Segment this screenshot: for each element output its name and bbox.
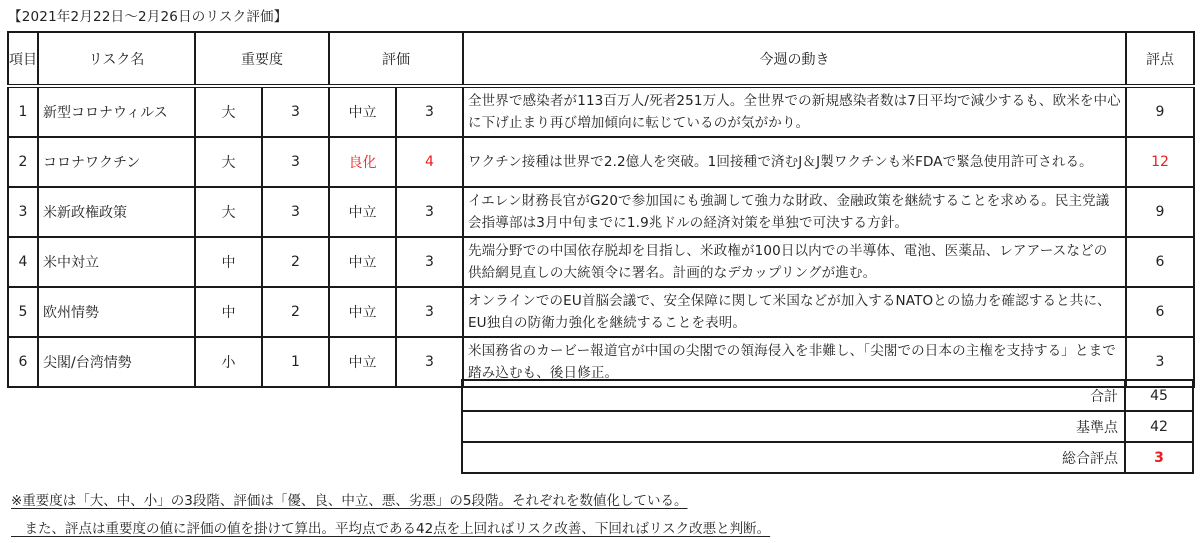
row-number: 6	[8, 337, 38, 387]
total-value: 45	[1125, 380, 1193, 411]
importance-value: 1	[262, 337, 329, 387]
importance-label: 小	[195, 337, 262, 387]
overall-label: 総合評点	[462, 442, 1125, 473]
table-row: 3 米新政権政策 大 3 中立 3 イエレン財務長官がG20で参加国にも強調して…	[8, 187, 1194, 237]
row-number: 1	[8, 86, 38, 137]
importance-label: 大	[195, 86, 262, 137]
importance-value: 3	[262, 187, 329, 237]
importance-value: 2	[262, 237, 329, 287]
footnote-1: ※重要度は「大、中、小」の3段階、評価は「優、良、中立、悪、劣悪」の5段階。それ…	[11, 489, 688, 509]
row-number: 2	[8, 137, 38, 187]
risk-name: 米新政権政策	[38, 187, 195, 237]
weekly-movement: 全世界で感染者が113百万人/死者251万人。全世界での新規感染者数は7日平均で…	[463, 86, 1126, 137]
weekly-movement: 先端分野での中国依存脱却を目指し、米政権が100日以内での半導体、電池、医薬品、…	[463, 237, 1126, 287]
risk-name: 新型コロナウィルス	[38, 86, 195, 137]
evaluation-value: 3	[396, 237, 463, 287]
evaluation-label: 中立	[329, 86, 396, 137]
importance-label: 中	[195, 287, 262, 337]
weekly-movement: ワクチン接種は世界で2.2億人を突破。1回接種で済むJ＆J製ワクチンも米FDAで…	[463, 137, 1126, 187]
summary-table: 合計 45 基準点 42 総合評点 3	[461, 379, 1194, 474]
summary-row-overall: 総合評点 3	[462, 442, 1193, 473]
row-number: 3	[8, 187, 38, 237]
row-number: 4	[8, 237, 38, 287]
risk-name: 欧州情勢	[38, 287, 195, 337]
table-row: 2 コロナワクチン 大 3 良化 4 ワクチン接種は世界で2.2億人を突破。1回…	[8, 137, 1194, 187]
table-row: 1 新型コロナウィルス 大 3 中立 3 全世界で感染者が113百万人/死者25…	[8, 86, 1194, 137]
row-score: 6	[1126, 237, 1194, 287]
row-score: 9	[1126, 187, 1194, 237]
baseline-label: 基準点	[462, 411, 1125, 442]
risk-table: 項目 リスク名 重要度 評価 今週の動き 評点 1 新型コロナウィルス 大 3 …	[7, 31, 1195, 388]
evaluation-value: 3	[396, 187, 463, 237]
page-title: 【2021年2月22日〜2月26日のリスク評価】	[8, 5, 287, 25]
importance-value: 3	[262, 86, 329, 137]
row-score: 9	[1126, 86, 1194, 137]
importance-label: 大	[195, 137, 262, 187]
importance-label: 中	[195, 237, 262, 287]
evaluation-label: 中立	[329, 287, 396, 337]
evaluation-label: 中立	[329, 187, 396, 237]
header-importance: 重要度	[195, 32, 329, 86]
summary-row-baseline: 基準点 42	[462, 411, 1193, 442]
weekly-movement: オンラインでのEU首脳会議で、安全保障に関して米国などが加入するNATOとの協力…	[463, 287, 1126, 337]
header-evaluation: 評価	[329, 32, 463, 86]
row-number: 5	[8, 287, 38, 337]
header-row: 項目 リスク名 重要度 評価 今週の動き 評点	[8, 32, 1194, 86]
weekly-movement: イエレン財務長官がG20で参加国にも強調して強力な財政、金融政策を継続することを…	[463, 187, 1126, 237]
importance-value: 2	[262, 287, 329, 337]
evaluation-label: 中立	[329, 337, 396, 387]
evaluation-label: 中立	[329, 237, 396, 287]
importance-label: 大	[195, 187, 262, 237]
importance-value: 3	[262, 137, 329, 187]
risk-name: 米中対立	[38, 237, 195, 287]
risk-name: コロナワクチン	[38, 137, 195, 187]
overall-value: 3	[1125, 442, 1193, 473]
header-score: 評点	[1126, 32, 1194, 86]
summary-row-total: 合計 45	[462, 380, 1193, 411]
header-movement: 今週の動き	[463, 32, 1126, 86]
row-score: 6	[1126, 287, 1194, 337]
total-label: 合計	[462, 380, 1125, 411]
risk-name: 尖閣/台湾情勢	[38, 337, 195, 387]
header-risk-name: リスク名	[38, 32, 195, 86]
evaluation-value: 3	[396, 86, 463, 137]
evaluation-label: 良化	[329, 137, 396, 187]
evaluation-value: 3	[396, 287, 463, 337]
footnote-2: また、評点は重要度の値に評価の値を掛けて算出。平均点である42点を上回ればリスク…	[11, 517, 770, 537]
table-row: 5 欧州情勢 中 2 中立 3 オンラインでのEU首脳会議で、安全保障に関して米…	[8, 287, 1194, 337]
header-item: 項目	[8, 32, 38, 86]
table-row: 4 米中対立 中 2 中立 3 先端分野での中国依存脱却を目指し、米政権が100…	[8, 237, 1194, 287]
row-score: 12	[1126, 137, 1194, 187]
evaluation-value: 4	[396, 137, 463, 187]
evaluation-value: 3	[396, 337, 463, 387]
baseline-value: 42	[1125, 411, 1193, 442]
